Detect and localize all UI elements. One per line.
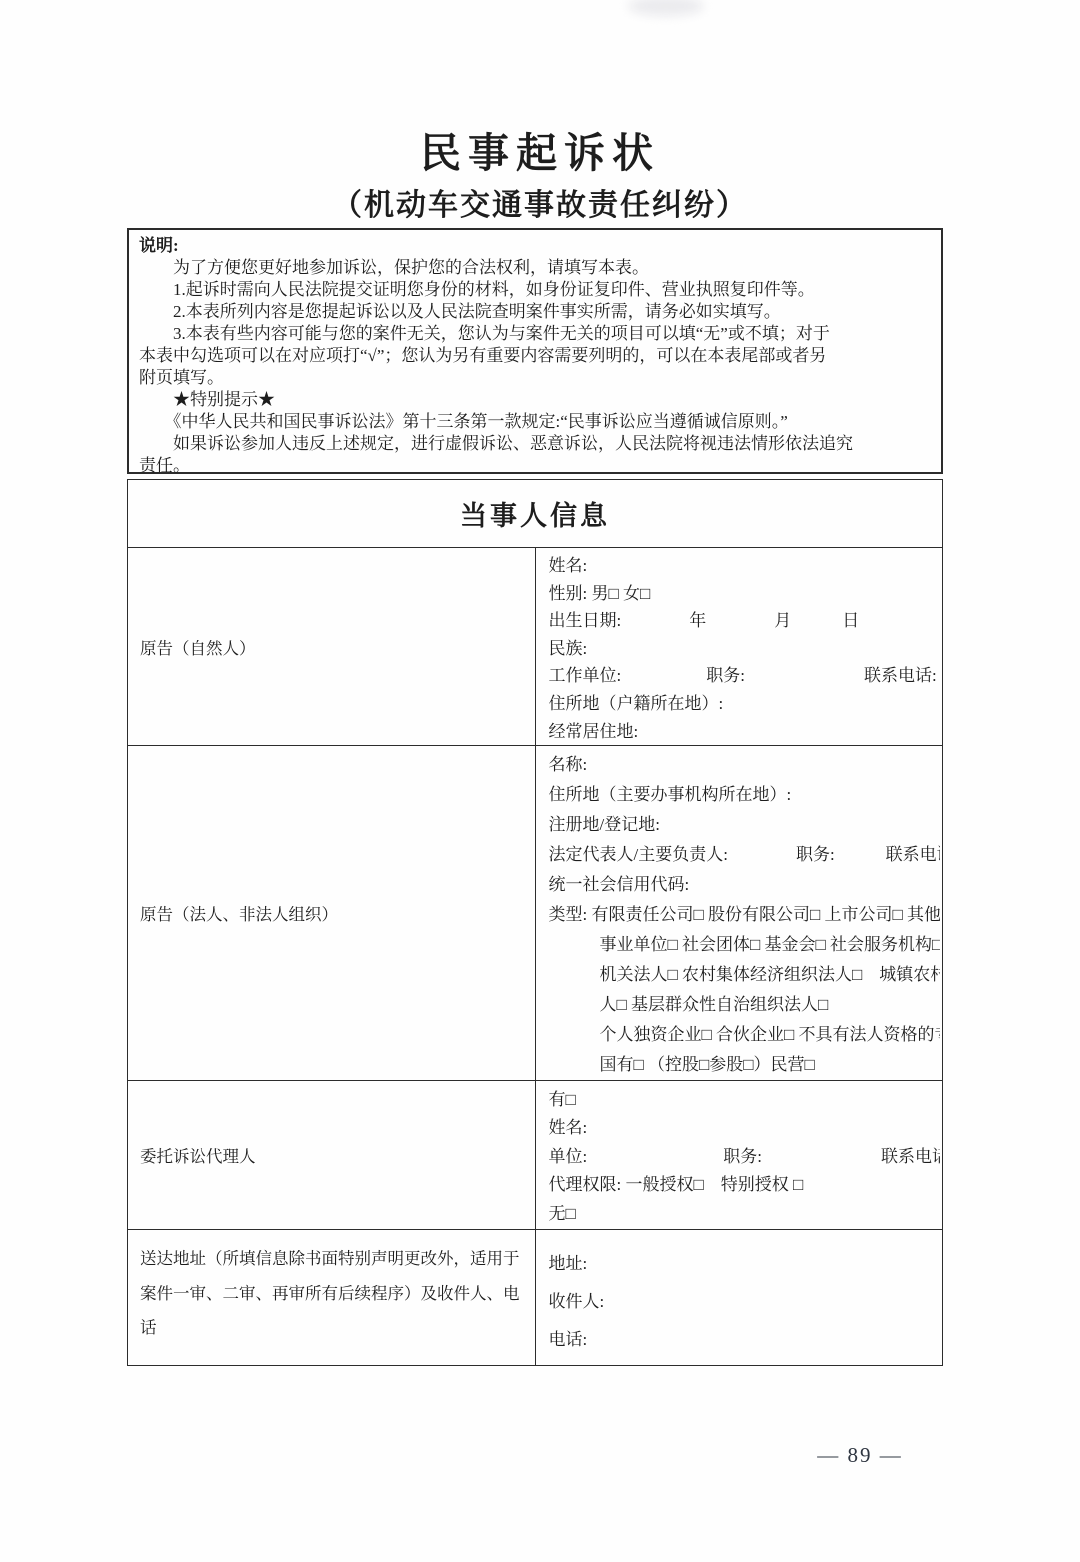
- scanned-document-page: 民事起诉状 （机动车交通事故责任纠纷） 说明: 为了方便您更好地参加诉讼，保护您…: [0, 0, 1080, 1562]
- row-plaintiff-natural-person: 原告（自然人） 姓名: 性别: 男□ 女□ 出生日期: 年 月 日 民族: 工作…: [128, 548, 943, 746]
- field-name: 姓名:: [549, 552, 941, 580]
- row-content-plaintiff-natural-person: 姓名: 性别: 男□ 女□ 出生日期: 年 月 日 民族: 工作单位: 职务: …: [535, 548, 943, 746]
- section-header: 当事人信息: [128, 480, 943, 548]
- notice-line-item1: 1.起诉时需向人民法院提交证明您身份的材料，如身份证复印件、营业执照复印件等。: [139, 279, 931, 301]
- row-plaintiff-legal-person: 原告（法人、非法人组织） 名称: 住所地（主要办事机构所在地）: 注册地/登记地…: [128, 746, 943, 1081]
- field-ethnicity: 民族:: [549, 635, 941, 663]
- field-agent-name: 姓名:: [549, 1114, 941, 1143]
- notice-line-item3b: 本表中勾选项可以在对应项打“√”；您认为另有重要内容需要列明的，可以在本表尾部或…: [139, 345, 931, 367]
- field-agent-authority: 代理权限: 一般授权□ 特别授权 □: [549, 1171, 941, 1200]
- field-org-type-line6: 国有□ （控股□参股□）民营□: [549, 1050, 941, 1080]
- field-agent-yes: 有□: [549, 1086, 941, 1115]
- field-service-address: 地址:: [549, 1245, 941, 1283]
- field-domicile: 住所地（户籍所在地）:: [549, 690, 941, 718]
- notice-heading: 说明:: [139, 235, 931, 257]
- notice-line-item3c: 附页填写。: [139, 367, 931, 389]
- row-content-service-address: 地址: 收件人: 电话:: [535, 1230, 943, 1366]
- field-work-unit: 工作单位: 职务: 联系电话:: [549, 662, 941, 690]
- field-org-type-line5: 个人独资企业□ 合伙企业□ 不具有法人资格的专业服务机构□: [549, 1020, 941, 1050]
- page-number: — 89 —: [775, 1443, 945, 1468]
- field-birthdate: 出生日期: 年 月 日: [549, 607, 941, 635]
- document-subtitle: （机动车交通事故责任纠纷）: [0, 180, 1080, 224]
- scan-smudge-artifact: [628, 0, 704, 16]
- notice-law-quote: 《中华人民共和国民事诉讼法》第十三条第一款规定:“民事诉讼应当遵循诚信原则。”: [139, 411, 931, 433]
- field-org-type-line4: 人□ 基层群众性自治组织法人□: [549, 990, 941, 1020]
- notice-line-intro: 为了方便您更好地参加诉讼，保护您的合法权利，请填写本表。: [139, 257, 931, 279]
- section-header-row: 当事人信息: [128, 480, 943, 548]
- field-legal-representative: 法定代表人/主要负责人: 职务: 联系电话:: [549, 840, 941, 870]
- notice-warning-b: 责任。: [139, 455, 931, 477]
- field-org-type-line3: 机关法人□ 农村集体经济组织法人□ 城镇农村的合作经济组织法: [549, 960, 941, 990]
- row-litigation-agent: 委托诉讼代理人 有□ 姓名: 单位: 职务: 联系电话: 代理权限: 一般授权□…: [128, 1081, 943, 1230]
- document-title: 民事起诉状: [0, 120, 1080, 179]
- notice-warning-a: 如果诉讼参加人违反上述规定，进行虚假诉讼、恶意诉讼，人民法院将视违法情形依法追究: [139, 433, 931, 455]
- row-label-plaintiff-legal-person: 原告（法人、非法人组织）: [128, 746, 536, 1081]
- row-content-litigation-agent: 有□ 姓名: 单位: 职务: 联系电话: 代理权限: 一般授权□ 特别授权 □ …: [535, 1081, 943, 1230]
- row-label-litigation-agent: 委托诉讼代理人: [128, 1081, 536, 1230]
- field-org-domicile: 住所地（主要办事机构所在地）:: [549, 780, 941, 810]
- notice-special-heading: ★特别提示★: [139, 389, 931, 411]
- field-credit-code: 统一社会信用代码:: [549, 870, 941, 900]
- notice-line-item2: 2.本表所列内容是您提起诉讼以及人民法院查明案件事实所需，请务必如实填写。: [139, 301, 931, 323]
- field-org-name: 名称:: [549, 750, 941, 780]
- field-org-type-line1: 类型: 有限责任公司□ 股份有限公司□ 上市公司□ 其他企业法人□: [549, 900, 941, 930]
- field-service-phone: 电话:: [549, 1321, 941, 1359]
- field-org-type-line2: 事业单位□ 社会团体□ 基金会□ 社会服务机构□: [549, 930, 941, 960]
- row-service-address: 送达地址（所填信息除书面特别声明更改外，适用于案件一审、二审、再审所有后续程序）…: [128, 1230, 943, 1366]
- field-agent-none: 无□: [549, 1200, 941, 1229]
- row-content-plaintiff-legal-person: 名称: 住所地（主要办事机构所在地）: 注册地/登记地: 法定代表人/主要负责人…: [535, 746, 943, 1081]
- field-gender: 性别: 男□ 女□: [549, 580, 941, 608]
- party-info-table: 当事人信息 原告（自然人） 姓名: 性别: 男□ 女□ 出生日期: 年 月 日 …: [127, 479, 943, 1366]
- field-agent-unit: 单位: 职务: 联系电话:: [549, 1143, 941, 1172]
- field-registration-place: 注册地/登记地:: [549, 810, 941, 840]
- field-habitual-residence: 经常居住地:: [549, 718, 941, 746]
- row-label-plaintiff-natural-person: 原告（自然人）: [128, 548, 536, 746]
- notice-line-item3a: 3.本表有些内容可能与您的案件无关，您认为与案件无关的项目可以填“无”或不填；对…: [139, 323, 931, 345]
- field-service-recipient: 收件人:: [549, 1283, 941, 1321]
- notice-box: 说明: 为了方便您更好地参加诉讼，保护您的合法权利，请填写本表。 1.起诉时需向…: [127, 228, 943, 474]
- row-label-service-address: 送达地址（所填信息除书面特别声明更改外，适用于案件一审、二审、再审所有后续程序）…: [128, 1230, 536, 1366]
